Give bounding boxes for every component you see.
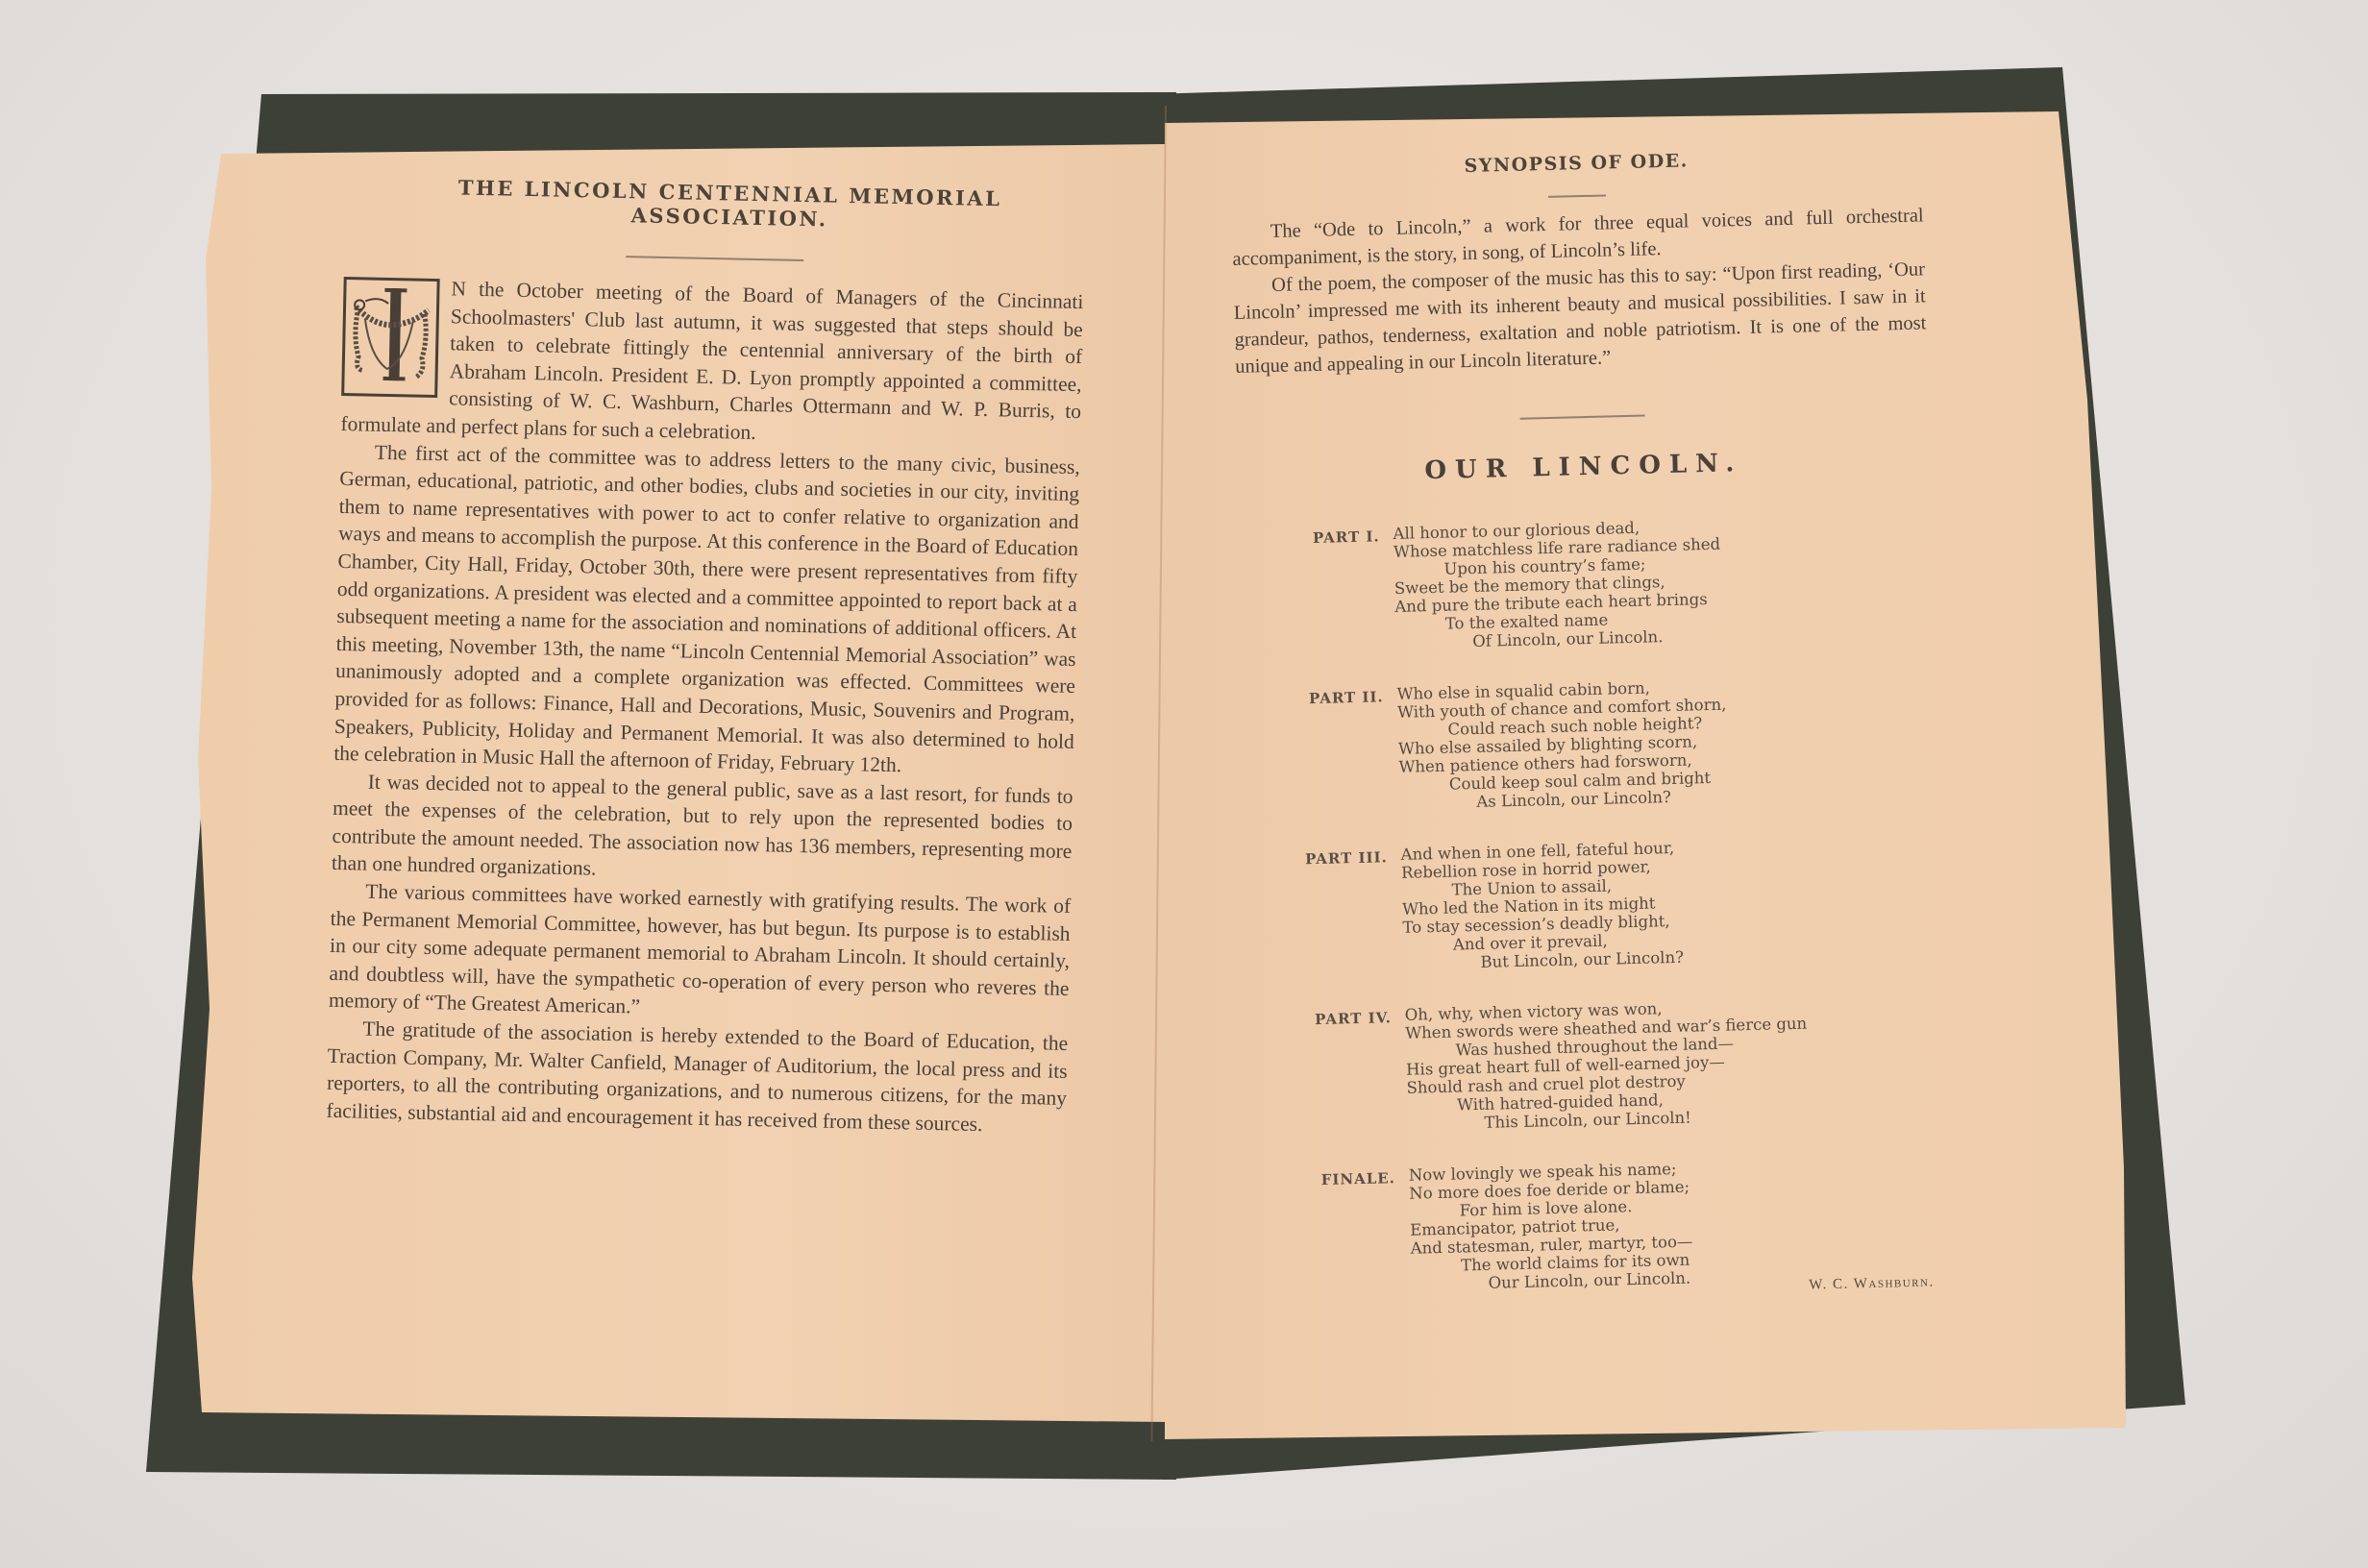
stanza-label: PART IV.: [1299, 1006, 1394, 1136]
floral-garland-icon: [344, 280, 436, 395]
paragraph-2: The first act of the committee was to ad…: [333, 438, 1080, 783]
stanza-lines: All honor to our glorious dead, Whose ma…: [1393, 517, 1722, 652]
stanza-part-1: PART I. All honor to our glorious dead, …: [1287, 511, 1934, 654]
stanza-part-2: PART II. Who else in squalid cabin born,…: [1291, 672, 1937, 815]
section-rule: [1520, 415, 1645, 420]
stanza-lines: And when in one fell, fateful hour, Rebe…: [1400, 839, 1684, 973]
stanza-label: FINALE.: [1303, 1166, 1398, 1296]
paragraph-4: The various committees have worked earne…: [329, 877, 1072, 1030]
stanza-label: PART III.: [1295, 845, 1390, 975]
synopsis-paragraph-2: Of the poem, the composer of the music h…: [1233, 256, 1928, 380]
left-page-content: THE LINCOLN CENTENNIAL MEMORIAL ASSOCIAT…: [326, 173, 1086, 1139]
poem-title: OUR LINCOLN.: [1238, 444, 1931, 490]
right-page-content: SYNOPSIS OF ODE. The “Ode to Lincoln,” a…: [1230, 144, 1951, 1330]
paragraph-3: It was decided not to appeal to the gene…: [332, 768, 1073, 893]
author-signature: W. C. Washburn.: [1809, 1274, 1935, 1293]
stanza-part-3: PART III. And when in one fell, fateful …: [1295, 832, 1941, 975]
synopsis-rule: [1548, 194, 1606, 197]
stanza-finale: FINALE. Now lovingly we speak his name; …: [1303, 1153, 1950, 1296]
paragraph-5: The gratitude of the association is here…: [326, 1015, 1068, 1139]
paragraph-1-text: N the October meeting of the Board of Ma…: [340, 277, 1083, 444]
title-rule: [626, 256, 803, 261]
stanza-lines: Now lovingly we speak his name; No more …: [1409, 1160, 1694, 1294]
paragraph-1: I N the October meeting of the Board of …: [340, 273, 1083, 453]
stanza-label: PART I.: [1287, 525, 1382, 654]
stanza-part-4: PART IV. Oh, why, when victory was won, …: [1299, 992, 1946, 1136]
stanza-lines: Oh, why, when victory was won, When swor…: [1405, 996, 1810, 1134]
stanza-label: PART II.: [1291, 685, 1386, 815]
ornamental-drop-cap-icon: I: [341, 277, 440, 398]
stanza-lines: Who else in squalid cabin born, With you…: [1396, 677, 1729, 813]
